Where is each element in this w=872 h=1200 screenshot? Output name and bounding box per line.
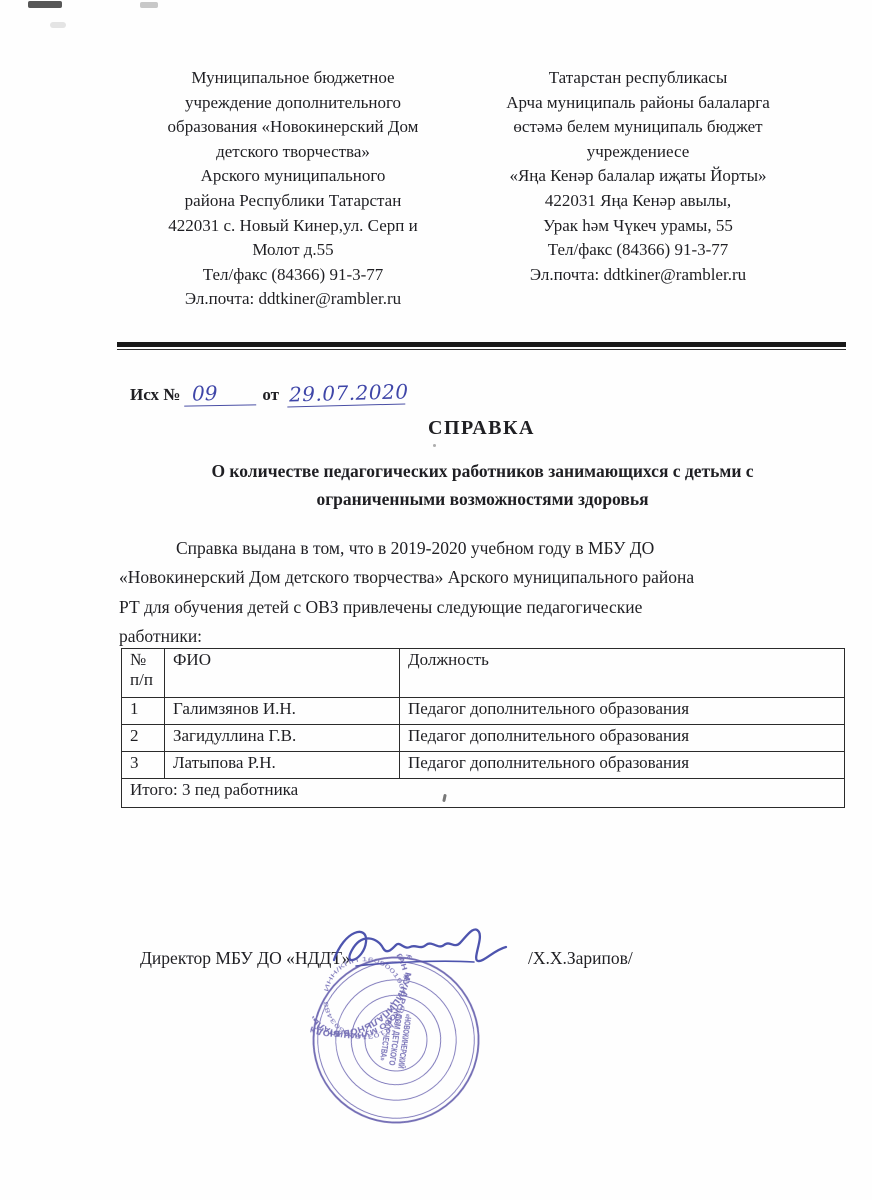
text-line: учреждение дополнительного <box>126 91 460 116</box>
ref-number-blank: 09 <box>184 380 256 406</box>
table-body: 1Галимзянов И.Н.Педагог дополнительного … <box>122 698 845 779</box>
table-cell: Педагог дополнительного образования <box>400 698 845 725</box>
column-header-position: Должность <box>400 649 845 698</box>
text-line: «Яңа Кенәр балалар иҗаты Йорты» <box>460 164 816 189</box>
text-line: Справка выдана в том, что в 2019-2020 уч… <box>119 534 854 563</box>
column-header-fio: ФИО <box>165 649 400 698</box>
scanned-document-page: Муниципальное бюджетноеучреждение дополн… <box>0 0 872 1200</box>
table-row: 1Галимзянов И.Н.Педагог дополнительного … <box>122 698 845 725</box>
table-row: 3Латыпова Р.Н.Педагог дополнительного об… <box>122 752 845 779</box>
table-header-row: № п/п ФИО Должность <box>122 649 845 698</box>
text-line: 422031 с. Новый Кинер,ул. Серп и <box>126 214 460 239</box>
text-line: Урак һәм Чүкеч урамы, 55 <box>460 214 816 239</box>
scan-artifact <box>28 1 62 8</box>
staff-table: № п/п ФИО Должность 1Галимзянов И.Н.Педа… <box>121 648 845 808</box>
ref-date-blank: 29.07.2020 <box>287 379 406 407</box>
text-line: Эл.почта: ddtkiner@rambler.ru <box>126 287 460 312</box>
text-line: Тел/факс (84366) 91-3-77 <box>126 263 460 288</box>
letterhead-tatar: Татарстан республикасыАрча муниципаль ра… <box>460 66 816 287</box>
table-cell: 3 <box>122 752 165 779</box>
table-total-cell: Итого: 3 пед работника <box>122 779 845 808</box>
text-line: Муниципальное бюджетное <box>126 66 460 91</box>
table-row: 2Загидуллина Г.В.Педагог дополнительного… <box>122 725 845 752</box>
handwritten-date: 29.07.2020 <box>289 379 409 406</box>
round-stamp: МУНИЦИПАЛЬНОЕ БЮДЖЕТНОЕ УЧРЕЖДЕНИЕ ДОПОЛ… <box>299 943 493 1137</box>
scan-artifact <box>140 2 158 8</box>
handwritten-ref-number: 09 <box>192 381 218 405</box>
text-line: учреждениесе <box>460 140 816 165</box>
table-cell: Латыпова Р.Н. <box>165 752 400 779</box>
text-line: «Новокинерский Дом детского творчества» … <box>119 563 854 592</box>
table-cell: 1 <box>122 698 165 725</box>
text-line: образования «Новокинерский Дом <box>126 115 460 140</box>
table-cell: Галимзянов И.Н. <box>165 698 400 725</box>
scan-artifact <box>50 22 66 28</box>
text-line: 422031 Яңа Кенәр авылы, <box>460 189 816 214</box>
text-line: Эл.почта: ddtkiner@rambler.ru <box>460 263 816 288</box>
table-cell: Педагог дополнительного образования <box>400 752 845 779</box>
text-line: района Республики Татарстан <box>126 189 460 214</box>
table-cell: 2 <box>122 725 165 752</box>
table-cell: Педагог дополнительного образования <box>400 725 845 752</box>
text-line: ограниченными возможностями здоровья <box>105 486 860 514</box>
text-line: О количестве педагогических работников з… <box>105 458 860 486</box>
text-line: Татарстан республикасы <box>460 66 816 91</box>
signatory-name: /Х.Х.Зарипов/ <box>528 948 633 969</box>
ref-prefix-label: Исх № <box>130 385 180 404</box>
document-subtitle: О количестве педагогических работников з… <box>105 458 860 513</box>
letterhead-separator-rule <box>117 342 846 347</box>
outgoing-ref-line: Исх №09от29.07.2020 <box>130 381 630 406</box>
text-line: Арча муниципаль районы балаларга <box>460 91 816 116</box>
text-line: Тел/факс (84366) 91-3-77 <box>460 238 816 263</box>
document-title: СПРАВКА <box>117 417 846 440</box>
text-line: өстәмә белем муниципаль бюджет <box>460 115 816 140</box>
text-line: Молот д.55 <box>126 238 460 263</box>
table-cell: Загидуллина Г.В. <box>165 725 400 752</box>
column-header-number: № п/п <box>122 649 165 698</box>
text-line: детского творчества» <box>126 140 460 165</box>
text-line: РТ для обучения детей с ОВЗ привлечены с… <box>119 593 854 622</box>
table-footer-row: Итого: 3 пед работника <box>122 779 845 808</box>
ref-from-label: от <box>262 385 279 404</box>
letterhead-russian: Муниципальное бюджетноеучреждение дополн… <box>126 66 460 312</box>
text-line: Арского муниципального <box>126 164 460 189</box>
body-paragraph: Справка выдана в том, что в 2019-2020 уч… <box>119 534 854 652</box>
scan-artifact <box>433 444 436 447</box>
